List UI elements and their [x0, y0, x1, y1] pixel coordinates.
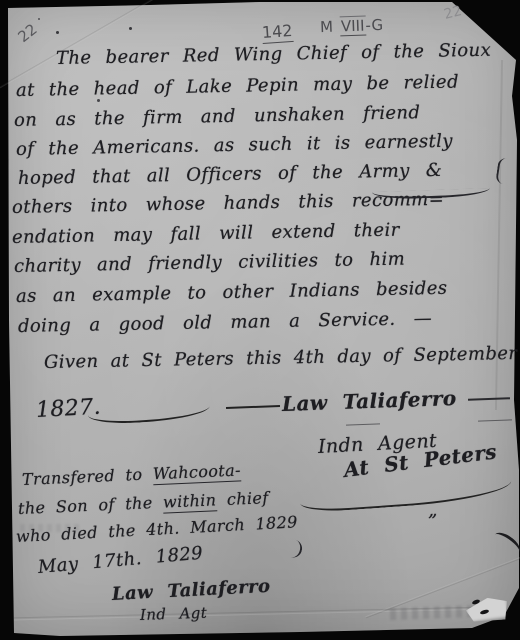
- manuscript-year: 1827.: [35, 395, 101, 423]
- archival-page-number: 142: [261, 21, 293, 44]
- series-roman: VIII: [340, 16, 366, 37]
- ditto-mark: „: [428, 500, 438, 521]
- transfer-note-signer-title: Ind Agt: [140, 604, 208, 624]
- series-prefix: M: [320, 18, 334, 36]
- transfer-note-wahcoota: Wahcoota-: [152, 460, 241, 485]
- archival-series-mark: MVIII-G: [320, 16, 384, 36]
- series-suffix: -G: [365, 16, 383, 35]
- transfer-note-within: within: [163, 490, 217, 513]
- scanned-document-photo: 22 142 MVIII-G 22 The bearer Red Wing Ch…: [0, 0, 520, 640]
- transfer-note-line2-suffix: chief: [216, 488, 269, 509]
